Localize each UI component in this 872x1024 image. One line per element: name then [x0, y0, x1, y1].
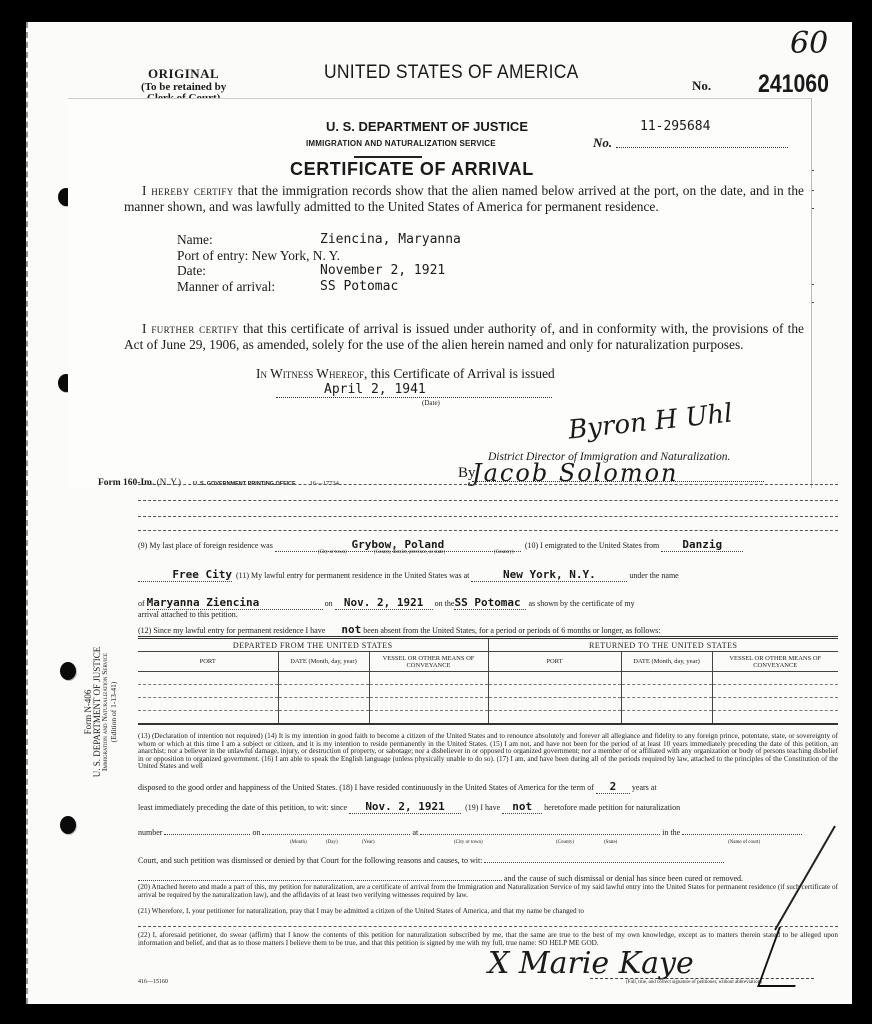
cell	[369, 685, 488, 698]
item-label: disposed to the good order and happiness…	[138, 783, 594, 792]
paragraph-text: this Certificate of Arrival is issued	[367, 366, 554, 381]
item-label: (21) Wherefore, I, your petitioner for n…	[138, 907, 584, 915]
emigrated-from-field: Danzig	[661, 538, 743, 552]
cell	[369, 672, 488, 685]
caption: (Month)	[290, 840, 307, 845]
arrival-date: November 2, 1921	[320, 263, 445, 279]
item-20: (20) Attached hereto and made a part of …	[138, 884, 838, 899]
residence-years-field: 2	[596, 780, 630, 794]
item-label: (12) Since my lawful entry for permanent…	[138, 626, 325, 635]
name-change-line	[138, 926, 838, 927]
arrival-fields: Name: Ziencina, Maryanna Port of entry: …	[177, 232, 461, 294]
prior-petition-details: number on at in the	[138, 828, 802, 837]
item-label: least immediately preceding the date of …	[138, 803, 347, 812]
column-header: DATE (Month, day, year)	[278, 652, 369, 672]
lead-phrase: In Witness Whereof,	[256, 366, 367, 381]
item-label: been absent from the United States, for …	[363, 626, 660, 635]
lead-phrase: I hereby certify	[142, 183, 234, 198]
cell	[712, 711, 838, 724]
cell	[369, 711, 488, 724]
certificate-number-line	[616, 147, 788, 148]
blank-line	[138, 516, 838, 517]
court-dismissal-line: Court, and such petition was dismissed o…	[138, 856, 724, 865]
issue-date-line	[276, 397, 552, 398]
item-label: and the cause of such dismissal or denia…	[504, 874, 743, 883]
date-caption: (Date)	[422, 399, 440, 407]
table-row	[138, 698, 838, 711]
column-header: PORT	[138, 652, 278, 672]
entry-name-field: Maryanna Ziencina	[147, 596, 323, 610]
cell	[621, 698, 712, 711]
field-port: Port of entry: New York, N. Y.	[177, 248, 461, 264]
petition-number: 241060	[758, 70, 829, 99]
director-signature: Byron H Uhl	[567, 398, 734, 445]
original-title: ORIGINAL	[141, 66, 226, 82]
prior-date-field[interactable]	[262, 834, 410, 835]
cell	[621, 685, 712, 698]
entry-date: Nov. 2, 1921	[344, 596, 423, 609]
item-label: (11) My lawful entry for permanent resid…	[236, 571, 469, 580]
cell	[488, 711, 621, 724]
item-label: as shown by the certificate of my	[528, 599, 634, 608]
blank-line	[138, 500, 838, 501]
cell	[138, 672, 278, 685]
cell	[712, 685, 838, 698]
divider	[354, 156, 422, 158]
cell	[621, 711, 712, 724]
item-12: (12) Since my lawful entry for permanent…	[138, 623, 660, 637]
table-row	[138, 711, 838, 724]
item-label: on the	[435, 599, 455, 608]
cell	[488, 685, 621, 698]
prior-place-field[interactable]	[420, 834, 660, 835]
caption: (County)	[556, 840, 574, 845]
departed-header: DEPARTED FROM THE UNITED STATES	[138, 638, 488, 652]
item-label: years at	[632, 783, 657, 792]
field-label: Manner of arrival:	[177, 279, 320, 295]
item-label: heretofore made petition for naturalizat…	[544, 803, 680, 812]
caption: (County, district, province, or state)	[374, 550, 445, 555]
certificate-of-arrival: U. S. DEPARTMENT OF JUSTICE IMMIGRATION …	[68, 98, 812, 488]
item-11-line2: of Maryanna Ziencina on Nov. 2, 1921 on …	[138, 596, 635, 619]
cell	[138, 698, 278, 711]
caption: (City or town)	[454, 840, 483, 845]
item-label: at	[412, 828, 418, 837]
cell	[278, 685, 369, 698]
issue-date: April 2, 1941	[324, 382, 426, 397]
department-name: U. S. DEPARTMENT OF JUSTICE	[326, 119, 528, 134]
caption: (City or town)	[318, 550, 347, 555]
item-label: arrival attached to this petition.	[138, 610, 635, 619]
column-header: PORT	[488, 652, 621, 672]
cured-line: and the cause of such dismissal or denia…	[138, 874, 743, 883]
certification-paragraph: I hereby certify that the immigration re…	[124, 183, 804, 214]
caption: (Day)	[326, 840, 338, 845]
emigrated-country: Free City	[172, 568, 232, 581]
caption: (Country)	[494, 550, 514, 555]
petitioner-signature: X Marie Kaye	[488, 946, 694, 981]
certificate-number-label: No.	[593, 135, 612, 151]
prior-number-field[interactable]	[164, 834, 250, 835]
residence-since-field: Nov. 2, 1921	[349, 800, 461, 814]
item-label: Court, and such petition was dismissed o…	[138, 856, 482, 865]
emigrated-country-field: Free City	[138, 568, 232, 582]
residence-since: Nov. 2, 1921	[365, 800, 444, 813]
print-code: 416—15160	[138, 979, 168, 985]
item-18: disposed to the good order and happiness…	[138, 780, 657, 794]
certificate-title: CERTIFICATE OF ARRIVAL	[290, 159, 534, 180]
absence-field: not	[327, 623, 361, 637]
cell	[369, 698, 488, 711]
form-region: (N. Y.)	[157, 477, 181, 487]
cell	[488, 698, 621, 711]
lead-phrase: I further certify	[142, 321, 239, 336]
cell	[621, 672, 712, 685]
entry-place-field: New York, N.Y.	[471, 568, 627, 582]
certificate-number: 11-295684	[640, 119, 710, 134]
field-name: Name: Ziencina, Maryanna	[177, 232, 461, 248]
table-row	[138, 685, 838, 698]
cell	[138, 711, 278, 724]
country-title: UNITED STATES OF AMERICA	[324, 62, 579, 84]
field-label: Name:	[177, 232, 320, 248]
form-footer: Form 160-Im. (N. Y.)U. S. GOVERNMENT PRI…	[98, 477, 339, 488]
item-21: (21) Wherefore, I, your petitioner for n…	[138, 908, 838, 916]
prior-petition-value: not	[512, 800, 532, 813]
column-header: VESSEL OR OTHER MEANS OF CONVEYANCE	[369, 652, 488, 672]
side-form-edition: (Edition of 1-13-41)	[110, 612, 119, 812]
item-label: under the name	[629, 571, 678, 580]
cell	[712, 698, 838, 711]
alien-name: Ziencina, Maryanna	[320, 232, 461, 248]
cell	[278, 672, 369, 685]
field-manner: Manner of arrival: SS Potomac	[177, 279, 461, 295]
absence-value: not	[341, 623, 361, 636]
cell	[278, 698, 369, 711]
column-header: VESSEL OR OTHER MEANS OF CONVEYANCE	[712, 652, 838, 672]
item-label: number	[138, 828, 162, 837]
item-label: on	[252, 828, 260, 837]
item-label: of	[138, 599, 145, 608]
prior-petition-field: not	[502, 800, 542, 814]
entry-vessel: SS Potomac	[454, 596, 520, 609]
caption: (State)	[604, 840, 617, 845]
item-label: (10) I emigrated to the United States fr…	[525, 541, 659, 550]
entry-vessel-field: SS Potomac	[454, 596, 526, 610]
column-header: DATE (Month, day, year)	[621, 652, 712, 672]
entry-place: New York, N.Y.	[503, 568, 596, 581]
port-of-entry: New York, N. Y.	[252, 248, 340, 264]
handwritten-page-number: 60	[790, 26, 828, 61]
hole-punch	[60, 662, 76, 680]
dismissal-reason-field-2[interactable]	[138, 880, 502, 881]
witness-line: In Witness Whereof, this Certificate of …	[256, 366, 555, 382]
item-11: Free City (11) My lawful entry for perma…	[138, 568, 679, 582]
side-form-label: Form N-406 U. S. DEPARTMENT OF JUSTICE I…	[84, 612, 118, 812]
emigrated-from: Danzig	[682, 538, 722, 551]
field-label: Port of entry:	[177, 248, 248, 264]
caption: (Year)	[362, 840, 375, 845]
cell	[712, 672, 838, 685]
blank-line	[138, 484, 838, 485]
item-label: in the	[662, 828, 680, 837]
item-18-19: least immediately preceding the date of …	[138, 800, 680, 814]
table-row	[138, 672, 838, 685]
item-label: (9) My last place of foreign residence w…	[138, 541, 273, 550]
blank-line	[138, 530, 838, 531]
cell	[138, 685, 278, 698]
items-13-17: (13) (Declaration of intention not requi…	[138, 733, 838, 771]
cell	[488, 672, 621, 685]
item-22: (22) I, aforesaid petitioner, do swear (…	[138, 932, 838, 947]
returned-header: RETURNED TO THE UNITED STATES	[488, 638, 838, 652]
absences-table: DEPARTED FROM THE UNITED STATES RETURNED…	[138, 636, 838, 725]
manner-of-arrival: SS Potomac	[320, 279, 398, 295]
signature-caption: (Full, true, and correct signature of pe…	[626, 980, 762, 985]
hole-punch	[60, 816, 76, 834]
field-date: Date: November 2, 1921	[177, 263, 461, 279]
petition-number-label: No.	[692, 78, 711, 94]
item-label: on	[325, 599, 333, 608]
caption: (Name of court)	[728, 840, 760, 845]
form-label: Form 160-Im.	[98, 478, 154, 488]
dismissal-reason-field[interactable]	[484, 862, 724, 863]
further-certification-paragraph: I further certify that this certificate …	[124, 321, 804, 352]
field-label: Date:	[177, 263, 320, 279]
by-signature: Jacob Solomon	[472, 459, 679, 487]
item-label: (19) I have	[465, 803, 500, 812]
residence-years: 2	[610, 780, 617, 793]
entry-date-field: Nov. 2, 1921	[335, 596, 433, 610]
cell	[278, 711, 369, 724]
entry-name: Maryanna Ziencina	[147, 596, 260, 609]
service-name: IMMIGRATION AND NATURALIZATION SERVICE	[306, 139, 496, 148]
naturalization-petition-page: ORIGINAL (To be retained by Clerk of Cou…	[26, 22, 852, 1004]
prior-court-field[interactable]	[682, 834, 802, 835]
